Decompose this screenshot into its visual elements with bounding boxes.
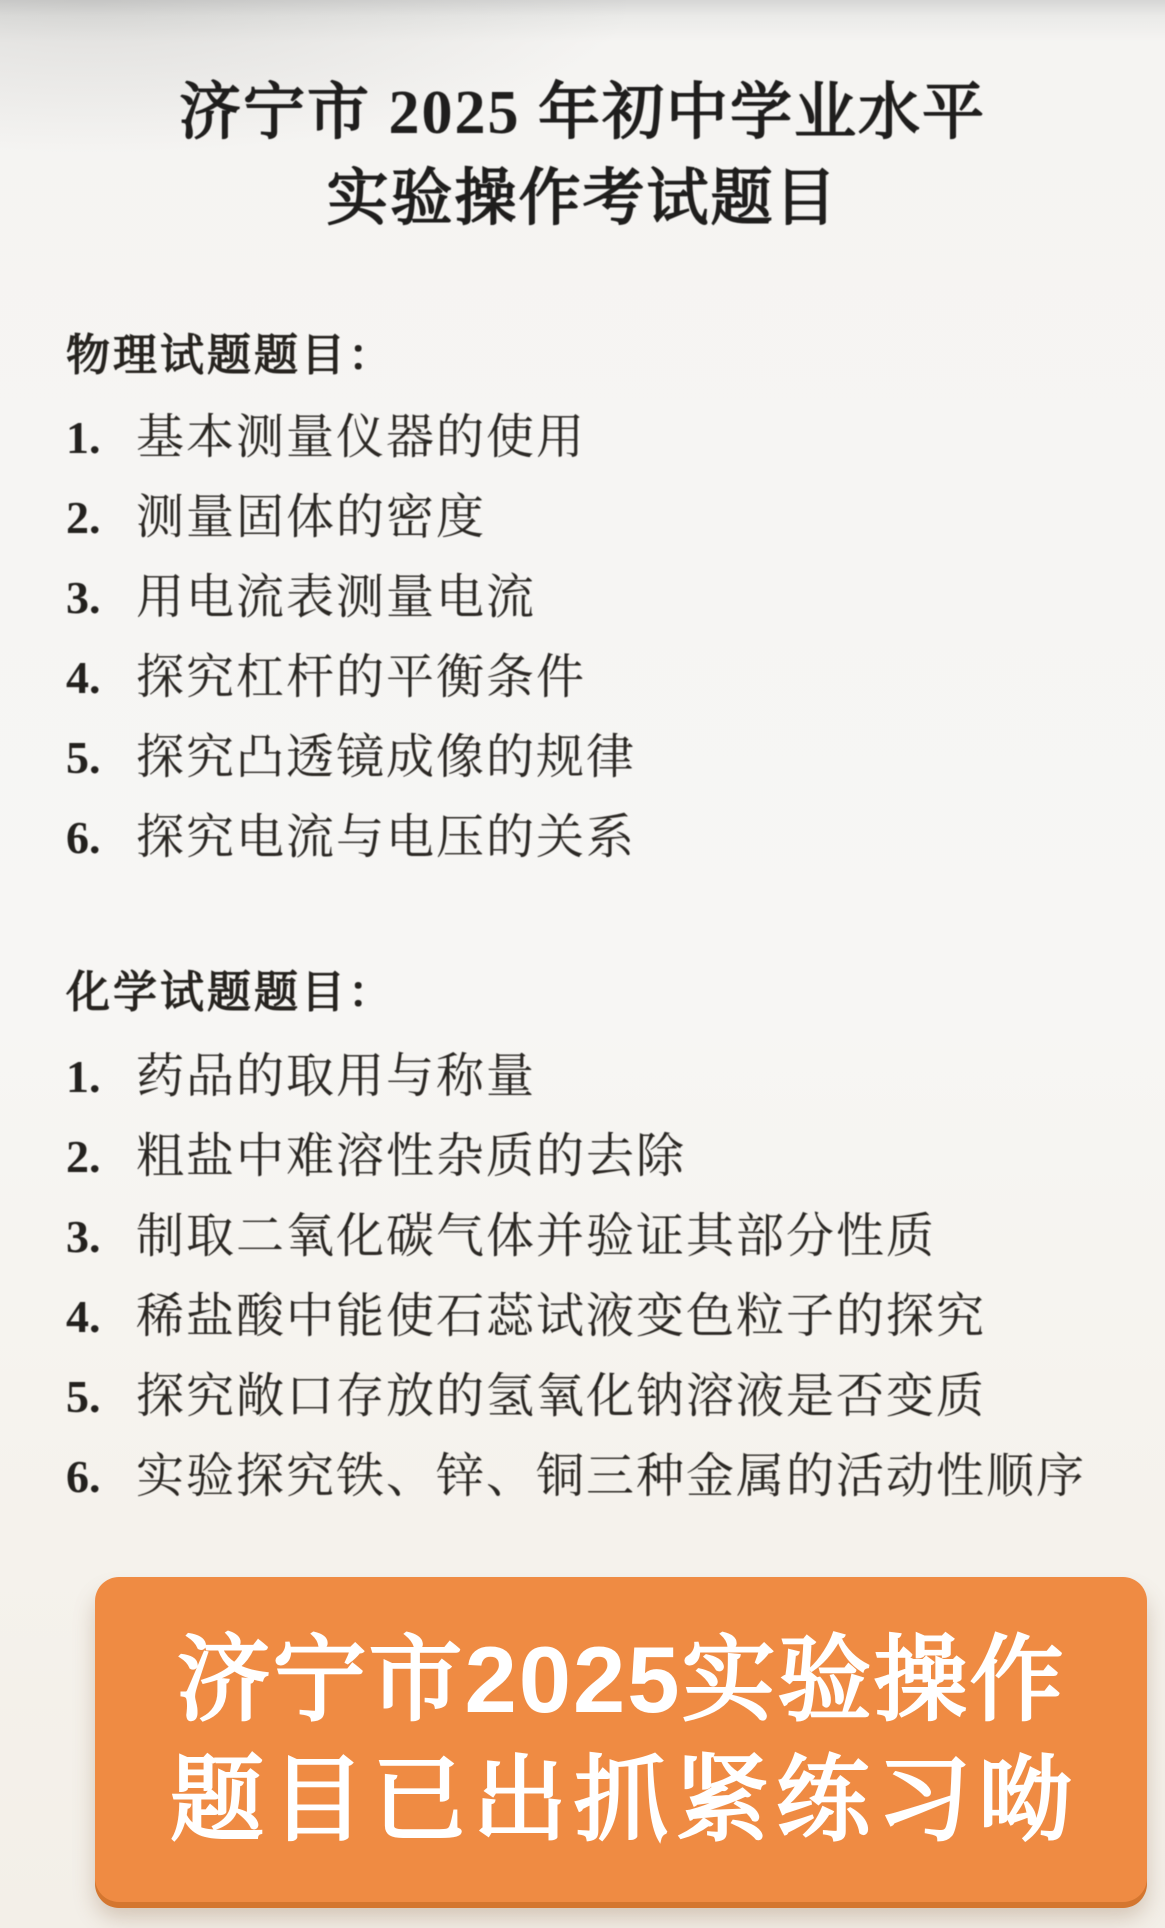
item-text: 稀盐酸中能使石蕊试液变色粒子的探究 — [136, 1289, 986, 1345]
physics-list-item: 4. 探究杠杆的平衡条件 — [66, 650, 1126, 706]
item-number: 6. — [66, 810, 136, 866]
chemistry-list-item: 1. 药品的取用与称量 — [66, 1049, 1126, 1105]
physics-list-item: 2. 测量固体的密度 — [66, 490, 1126, 546]
promo-banner-line2: 题目已出抓紧练习呦 — [170, 1753, 1079, 1847]
item-text: 探究凸透镜成像的规律 — [136, 730, 636, 786]
item-number: 2. — [66, 1129, 136, 1185]
item-text: 药品的取用与称量 — [136, 1049, 536, 1105]
chemistry-list-item: 6. 实验探究铁、锌、铜三种金属的活动性顺序 — [66, 1449, 1126, 1505]
chemistry-section-heading: 化学试题题目： — [66, 971, 395, 1015]
page-title: 济宁市 2025 年初中学业水平 实验操作考试题目 — [0, 70, 1165, 242]
item-text: 用电流表测量电流 — [136, 570, 536, 626]
item-number: 5. — [66, 1369, 136, 1425]
item-number: 6. — [66, 1449, 136, 1505]
chemistry-list-item: 5. 探究敞口存放的氢氧化钠溶液是否变质 — [66, 1369, 1126, 1425]
item-number: 4. — [66, 1289, 136, 1345]
item-number: 1. — [66, 410, 136, 466]
physics-list-item: 1. 基本测量仪器的使用 — [66, 410, 1126, 466]
item-text: 实验探究铁、锌、铜三种金属的活动性顺序 — [136, 1449, 1086, 1505]
promo-banner: 济宁市2025实验操作 题目已出抓紧练习呦 — [95, 1577, 1147, 1902]
item-number: 5. — [66, 730, 136, 786]
item-text: 探究敞口存放的氢氧化钠溶液是否变质 — [136, 1369, 986, 1425]
item-text: 探究电流与电压的关系 — [136, 810, 636, 866]
item-number: 3. — [66, 570, 136, 626]
item-number: 3. — [66, 1209, 136, 1265]
item-number: 1. — [66, 1049, 136, 1105]
item-text: 粗盐中难溶性杂质的去除 — [136, 1129, 686, 1185]
item-text: 测量固体的密度 — [136, 490, 486, 546]
item-text: 制取二氧化碳气体并验证其部分性质 — [136, 1209, 936, 1265]
chemistry-list-item: 4. 稀盐酸中能使石蕊试液变色粒子的探究 — [66, 1289, 1126, 1345]
physics-list-item: 5. 探究凸透镜成像的规律 — [66, 730, 1126, 786]
page-title-line1: 济宁市 2025 年初中学业水平 — [0, 70, 1165, 156]
physics-list-item: 3. 用电流表测量电流 — [66, 570, 1126, 626]
physics-section-heading: 物理试题题目： — [66, 334, 395, 378]
item-number: 2. — [66, 490, 136, 546]
item-text: 探究杠杆的平衡条件 — [136, 650, 586, 706]
chemistry-list-item: 2. 粗盐中难溶性杂质的去除 — [66, 1129, 1126, 1185]
item-number: 4. — [66, 650, 136, 706]
item-text: 基本测量仪器的使用 — [136, 410, 586, 466]
physics-list-item: 6. 探究电流与电压的关系 — [66, 810, 1126, 866]
document-photo: 济宁市 2025 年初中学业水平 实验操作考试题目 物理试题题目： 1. 基本测… — [0, 0, 1165, 1928]
chemistry-list-item: 3. 制取二氧化碳气体并验证其部分性质 — [66, 1209, 1126, 1265]
page-title-line2: 实验操作考试题目 — [0, 156, 1165, 242]
promo-banner-line1: 济宁市2025实验操作 — [176, 1633, 1065, 1727]
